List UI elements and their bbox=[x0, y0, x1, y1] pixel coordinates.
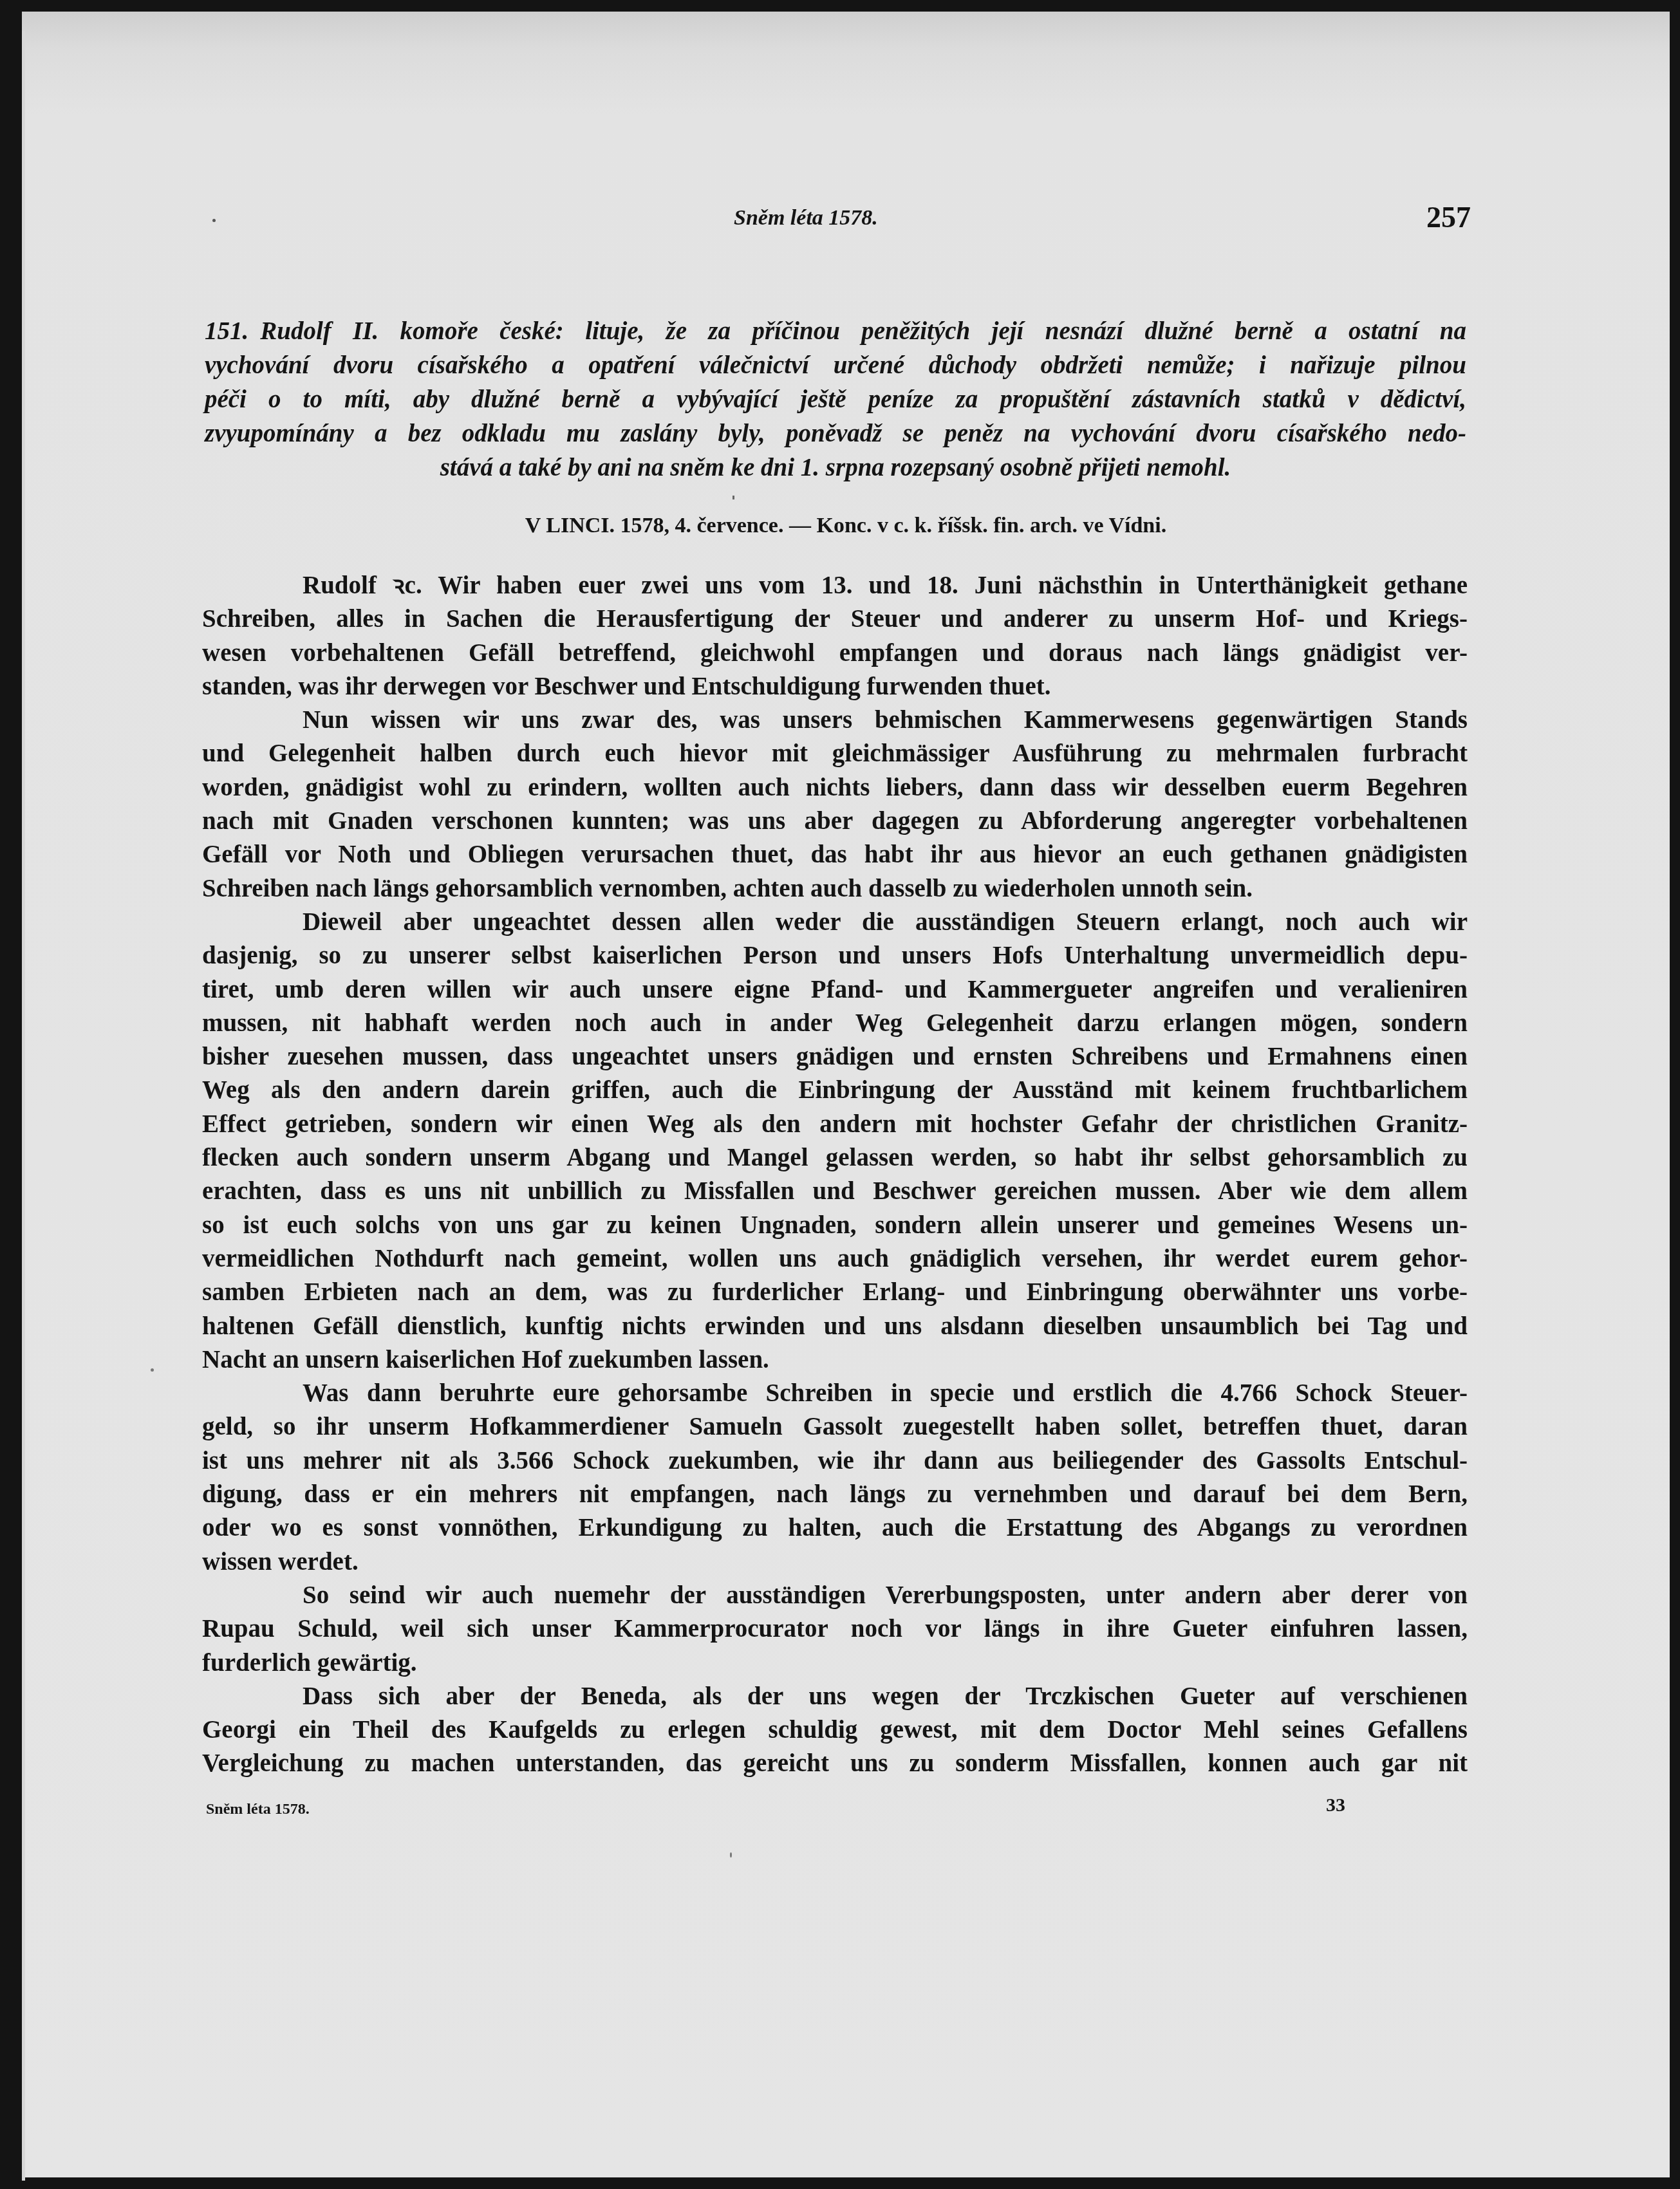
running-title: Sněm léta 1578. bbox=[734, 206, 878, 230]
text-line: flecken auch sondern unserm Abgang und M… bbox=[202, 1141, 1468, 1175]
signature-title: Sněm léta 1578. bbox=[206, 1801, 310, 1818]
text-line: Schreiben nach längs gehorsamblich verno… bbox=[202, 872, 1468, 906]
text-line: Schreiben, alles in Sachen die Herausfer… bbox=[202, 602, 1468, 636]
letter-body: Rudolf ꝛc. Wir haben euer zwei uns vom 1… bbox=[202, 569, 1468, 1781]
text-line: Was dann beruhrte eure gehorsambe Schrei… bbox=[202, 1377, 1468, 1410]
text-line: bisher zuesehen mussen, dass ungeachtet … bbox=[202, 1040, 1468, 1074]
text-line: tiret, umb deren willen wir auch unsere … bbox=[202, 973, 1468, 1007]
regest-line: péči o to míti, aby dlužné berně a vybýv… bbox=[205, 382, 1466, 416]
text-line: haltenen Gefäll dienstlich, kunftig nich… bbox=[202, 1310, 1468, 1343]
text-line: wissen werdet. bbox=[202, 1545, 1468, 1579]
text-line: Gefäll vor Noth und Obliegen verursachen… bbox=[202, 838, 1468, 871]
regest-line: vychování dvoru císařského a opatření vá… bbox=[205, 348, 1466, 382]
text-line: samben Erbieten nach an dem, was zu furd… bbox=[202, 1276, 1468, 1309]
text-line: Weg als den andern darein griffen, auch … bbox=[202, 1074, 1468, 1107]
text-line: wesen vorbehaltenen Gefäll betreffend, g… bbox=[202, 637, 1468, 670]
speck-mark bbox=[151, 1368, 154, 1372]
speck-mark bbox=[212, 219, 216, 222]
text-line: So seind wir auch nuemehr der ausständig… bbox=[202, 1579, 1468, 1612]
page-number: 257 bbox=[1426, 200, 1471, 234]
text-line: Dass sich aber der Beneda, als der uns w… bbox=[202, 1680, 1468, 1713]
text-line: mussen, nit habhaft werden noch auch in … bbox=[202, 1007, 1468, 1040]
regest-line: 151.Rudolf II. komoře české: lituje, že … bbox=[205, 314, 1466, 348]
text-line: Dieweil aber ungeachtet dessen allen wed… bbox=[202, 906, 1468, 939]
text-line: so ist euch solchs von uns gar zu keinen… bbox=[202, 1209, 1468, 1242]
text-line: Georgi ein Theil des Kaufgelds zu erlege… bbox=[202, 1713, 1468, 1747]
text-line: Vergleichung zu machen unterstanden, das… bbox=[202, 1747, 1468, 1780]
page-edge bbox=[22, 31, 25, 2181]
dateline: V LINCI. 1578, 4. července. — Konc. v c.… bbox=[22, 514, 1670, 538]
text-line: erachten, dass es uns nit unbillich zu M… bbox=[202, 1175, 1468, 1208]
text-line: furderlich gewärtig. bbox=[202, 1646, 1468, 1680]
document-number: 151. bbox=[205, 317, 248, 345]
text-line: digung, dass er ein mehrers nit empfange… bbox=[202, 1478, 1468, 1511]
regest-line: zvyupomínány a bez odkladu mu zaslány by… bbox=[205, 416, 1466, 451]
text-line: ist uns mehrer nit als 3.566 Schock zuek… bbox=[202, 1444, 1468, 1478]
text-line: worden, gnädigist wohl zu erindern, woll… bbox=[202, 771, 1468, 805]
text-line: und Gelegenheit halben durch euch hievor… bbox=[202, 737, 1468, 770]
regest-line: stává a také by ani na sněm ke dni 1. sr… bbox=[205, 451, 1466, 485]
speck-mark bbox=[733, 496, 734, 499]
speck-mark bbox=[730, 1852, 732, 1858]
text-line: Nun wissen wir uns zwar des, was unsers … bbox=[202, 703, 1468, 737]
text-line: Nacht an unsern kaiserlichen Hof zuekumb… bbox=[202, 1343, 1468, 1377]
text-line: Rupau Schuld, weil sich unser Kammerproc… bbox=[202, 1612, 1468, 1646]
text-line: Rudolf ꝛc. Wir haben euer zwei uns vom 1… bbox=[202, 569, 1468, 602]
text-line: oder wo es sonst vonnöthen, Erkundigung … bbox=[202, 1511, 1468, 1545]
text-line: nach mit Gnaden verschonen kunnten; was … bbox=[202, 805, 1468, 838]
scanned-page: Sněm léta 1578. 257 151.Rudolf II. komoř… bbox=[22, 12, 1670, 2177]
text-line: geld, so ihr unserm Hofkammerdiener Samu… bbox=[202, 1410, 1468, 1444]
document-regest: 151.Rudolf II. komoře české: lituje, že … bbox=[205, 314, 1466, 485]
text-line: standen, was ihr derwegen vor Beschwer u… bbox=[202, 670, 1468, 703]
text-line: vermeidlichen Nothdurft nach gemeint, wo… bbox=[202, 1242, 1468, 1276]
text-line: dasjenig, so zu unserer selbst kaiserlic… bbox=[202, 939, 1468, 973]
sheet-number: 33 bbox=[1326, 1794, 1345, 1816]
text-line: Effect getrieben, sondern wir einen Weg … bbox=[202, 1108, 1468, 1141]
